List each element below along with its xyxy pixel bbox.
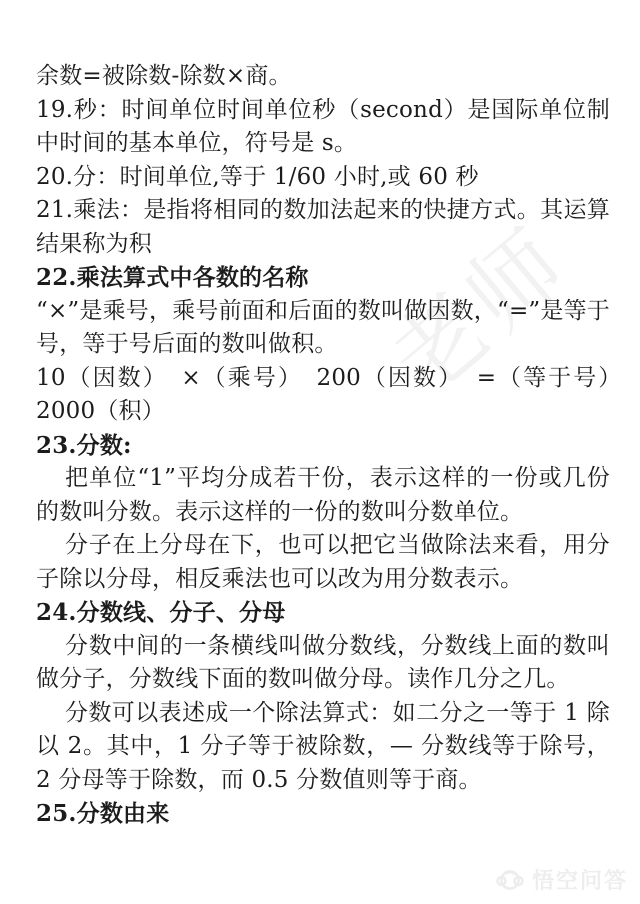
paragraph-body: 10（因数） ×（乘号） 200（因数） =（等于号） 2000（积） [36, 362, 610, 429]
paragraph-indent: 分数可以表述成一个除法算式：如二分之一等于 1 除以 2。其中，1 分子等于被除… [36, 697, 610, 798]
paragraph-body: 21.乘法：是指将相同的数加法起来的快捷方式。其运算结果称为积 [36, 194, 610, 261]
document-page: 老师 余数=被除数-除数×商。19.秒：时间单位时间单位秒（second）是国际… [0, 0, 640, 904]
paragraph-body: “×”是乘号，乘号前面和后面的数叫做因数，“=”是等于号，等于号后面的数叫做积。 [36, 295, 610, 362]
wukong-logo-text: 悟空问答 [532, 864, 628, 895]
paragraph-heading: 25.分数由来 [36, 797, 610, 831]
paragraph-indent: 分子在上分母在下，也可以把它当做除法来看，用分子除以分母，相反乘法也可以改为用分… [36, 529, 610, 596]
paragraph-body: 20.分：时间单位,等于 1/60 小时,或 60 秒 [36, 161, 610, 195]
monkey-icon [495, 867, 525, 893]
document-body: 余数=被除数-除数×商。19.秒：时间单位时间单位秒（second）是国际单位制… [36, 60, 610, 831]
paragraph-heading: 24.分数线、分子、分母 [36, 596, 610, 630]
paragraph-heading: 22.乘法算式中各数的名称 [36, 261, 610, 295]
paragraph-indent: 把单位“1”平均分成若干份，表示这样的一份或几份的数叫分数。表示这样的一份的数叫… [36, 462, 610, 529]
paragraph-body: 19.秒：时间单位时间单位秒（second）是国际单位制中时间的基本单位，符号是… [36, 94, 610, 161]
wukong-logo: 悟空问答 [495, 864, 628, 895]
paragraph-indent: 分数中间的一条横线叫做分数线，分数线上面的数叫做分子，分数线下面的数叫做分母。读… [36, 630, 610, 697]
paragraph-heading: 23.分数: [36, 429, 610, 463]
paragraph-body: 余数=被除数-除数×商。 [36, 60, 610, 94]
